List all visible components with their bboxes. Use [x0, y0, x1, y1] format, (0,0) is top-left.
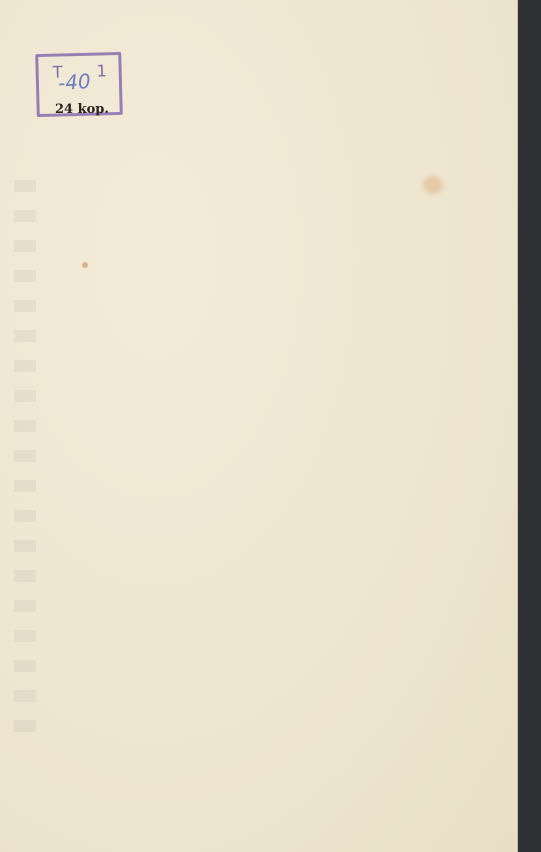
price-label: 24 kop.: [55, 102, 109, 117]
stain-spot: [423, 176, 443, 194]
book-spine: [517, 0, 541, 852]
binding-gutter: [14, 180, 36, 740]
stain-dot: [82, 262, 88, 268]
book-page: T 1 -40 24 kop.: [0, 0, 517, 852]
handwritten-note: -40: [57, 69, 91, 95]
stamp-number: 1: [96, 61, 107, 80]
